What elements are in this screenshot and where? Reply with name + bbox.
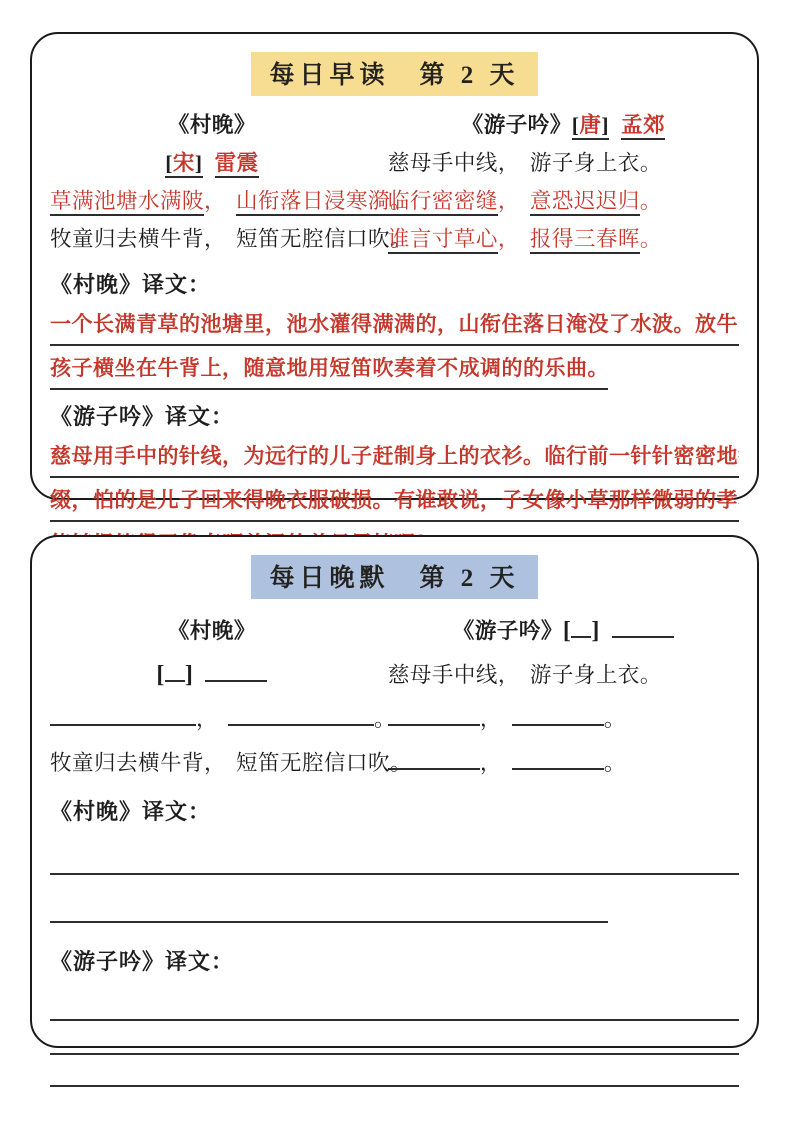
dictation-cunwan: 《村晚》 [] ，。 牧童归去横牛背，短笛无腔信口吹。: [50, 609, 374, 785]
writing-line: [50, 1085, 739, 1087]
evening-poems: 《村晚》 [] ，。 牧童归去横牛背，短笛无腔信口吹。 《游子吟》[] 慈母手中…: [50, 609, 739, 785]
poem-line-youziyin-1: 慈母手中线，游子身上衣。: [388, 144, 739, 182]
author-blank-field: [205, 659, 267, 683]
dynasty-blank-field: [571, 618, 591, 638]
poem-author-line-cunwan: [宋]雷震: [50, 144, 374, 182]
verse-blank-field: [228, 703, 374, 727]
translation-label-cunwan: 《村晚》译文：: [50, 795, 739, 829]
poem-line-cunwan-2: 牧童归去横牛背，短笛无腔信口吹。: [50, 741, 374, 785]
dynasty-blank: []: [563, 619, 600, 643]
morning-reading-card: 每日早读 第 2 天 《村晚》 [宋]雷震 草满池塘水满陂，山衔落日浸寒漪。 牧…: [30, 32, 759, 500]
evening-title: 每日晚默 第 2 天: [251, 555, 537, 599]
dynasty-bracket: [唐]: [572, 113, 609, 140]
verse-blank-field: [512, 703, 604, 727]
poem-line-youziyin-2: 临行密密缝，意恐迟迟归。: [388, 182, 739, 220]
dynasty-blank: []: [156, 663, 193, 687]
author-name: 孟郊: [621, 113, 665, 140]
poem-cunwan: 《村晚》 [宋]雷震 草满池塘水满陂，山衔落日浸寒漪。 牧童归去横牛背，短笛无腔…: [50, 106, 374, 258]
poem-line-cunwan-2: 牧童归去横牛背，短笛无腔信口吹。: [50, 220, 374, 258]
translation-line: 慈母用手中的针线，为远行的儿子赶制身上的衣衫。临行前一针针密密地缝: [50, 443, 739, 478]
verse-blank-line: ，。: [388, 741, 739, 785]
dynasty-blank-field: [165, 662, 185, 682]
morning-title: 每日早读 第 2 天: [251, 52, 537, 96]
writing-line: [50, 921, 608, 923]
translation-line: 一个长满青草的池塘里，池水灌得满满的，山衔住落日淹没了水波。放牛的: [50, 311, 739, 346]
writing-line: [50, 1019, 739, 1021]
morning-poems: 《村晚》 [宋]雷震 草满池塘水满陂，山衔落日浸寒漪。 牧童归去横牛背，短笛无腔…: [50, 106, 739, 258]
poem-line-youziyin-1: 慈母手中线，游子身上衣。: [388, 653, 739, 697]
writing-line: [50, 873, 739, 875]
poem-title-youziyin: 《游子吟》[唐]孟郊: [388, 106, 739, 144]
verse-blank-field: [50, 703, 196, 727]
poem-title-youziyin: 《游子吟》[]: [388, 609, 739, 653]
writing-line: [50, 1053, 739, 1055]
translation-label-cunwan: 《村晚》译文：: [50, 268, 739, 302]
dynasty-name: 宋: [173, 151, 195, 175]
morning-title-row: 每日早读 第 2 天: [50, 52, 739, 96]
poem-line-youziyin-3: 谁言寸草心，报得三春晖。: [388, 220, 739, 258]
poem-title-cunwan: 《村晚》: [50, 106, 374, 144]
verse-blank-field: [388, 747, 480, 771]
translation-label-youziyin: 《游子吟》译文：: [50, 945, 739, 979]
evening-title-row: 每日晚默 第 2 天: [50, 555, 739, 599]
translation-label-youziyin: 《游子吟》译文：: [50, 400, 739, 434]
verse-blank-field: [512, 747, 604, 771]
author-blank-field: [612, 615, 674, 639]
poem-youziyin: 《游子吟》[唐]孟郊 慈母手中线，游子身上衣。 临行密密缝，意恐迟迟归。 谁言寸…: [374, 106, 739, 258]
evening-dictation-card: 每日晚默 第 2 天 《村晚》 [] ，。 牧童归去横牛背，短笛无腔信口吹。 《…: [30, 535, 759, 1048]
poem-title-cunwan: 《村晚》: [50, 609, 374, 653]
dynasty-name: 唐: [579, 113, 601, 137]
translation-line: 缀，怕的是儿子回来得晚衣服破损。有谁敢说，子女像小草那样微弱的孝心，: [50, 487, 739, 522]
verse-blank-line: ，。: [50, 697, 374, 741]
poem-line-cunwan-1: 草满池塘水满陂，山衔落日浸寒漪。: [50, 182, 374, 220]
verse-blank-field: [388, 703, 480, 727]
translation-line: 孩子横坐在牛背上，随意地用短笛吹奏着不成调的的乐曲。: [50, 355, 608, 390]
verse-blank-line: ，。: [388, 697, 739, 741]
worksheet-page: { "colors": { "red_text": "#c5372b", "in…: [0, 0, 793, 1122]
dictation-youziyin: 《游子吟》[] 慈母手中线，游子身上衣。 ，。 ，。: [374, 609, 739, 785]
dynasty-bracket: [宋]: [165, 151, 202, 178]
author-blank-line: []: [50, 653, 374, 697]
author-name: 雷震: [215, 151, 259, 178]
